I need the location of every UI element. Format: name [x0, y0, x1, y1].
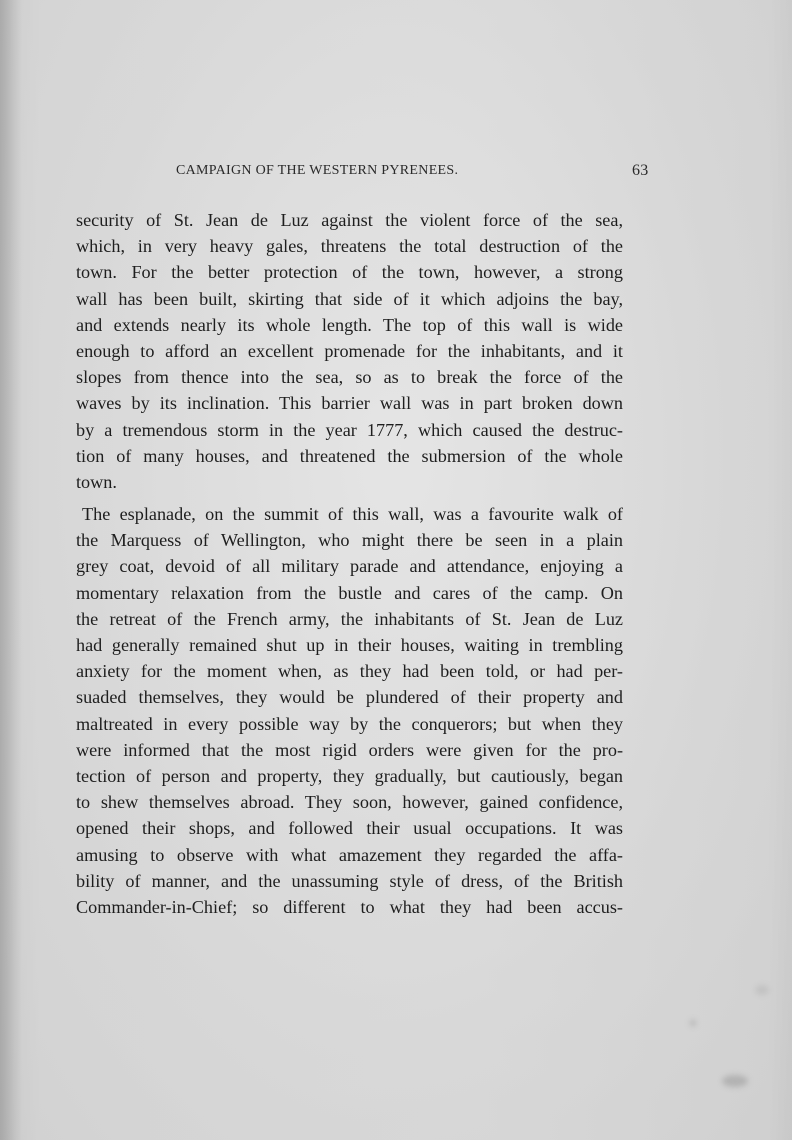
text-line: anxiety for the moment when, as they had… — [76, 658, 623, 684]
scanned-book-page: CAMPAIGN OF THE WESTERN PYRENEES. 63 sec… — [0, 0, 792, 1140]
text-line: the retreat of the French army, the inha… — [76, 606, 623, 632]
ink-smudge — [690, 1020, 696, 1026]
binding-gutter-shadow — [0, 0, 22, 1140]
text-line: town. For the better protection of the t… — [76, 259, 623, 285]
text-line: grey coat, devoid of all military parade… — [76, 553, 623, 579]
text-line: momentary relaxation from the bustle and… — [76, 580, 623, 606]
text-line: Commander-in-Chief; so different to what… — [76, 894, 623, 920]
text-line: amusing to observe with what amazement t… — [76, 842, 623, 868]
text-line: by a tremendous storm in the year 1777, … — [76, 417, 623, 443]
text-line: wall has been built, skirting that side … — [76, 286, 623, 312]
text-line: opened their shops, and followed their u… — [76, 815, 623, 841]
text-line: had generally remained shut up in their … — [76, 632, 623, 658]
text-line: which, in very heavy gales, threatens th… — [76, 233, 623, 259]
ink-smudge — [722, 1075, 748, 1087]
text-line: town. — [76, 469, 623, 495]
text-line: enough to afford an excellent promenade … — [76, 338, 623, 364]
text-line: The esplanade, on the summit of this wal… — [76, 501, 623, 527]
running-title: CAMPAIGN OF THE WESTERN PYRENEES. — [176, 163, 458, 179]
text-line: bility of manner, and the unassuming sty… — [76, 868, 623, 894]
text-line: tion of many houses, and threatened the … — [76, 443, 623, 469]
text-line: tection of person and property, they gra… — [76, 763, 623, 789]
text-line: maltreated in every possible way by the … — [76, 711, 623, 737]
page-number: 63 — [632, 162, 649, 180]
text-line: the Marquess of Wellington, who might th… — [76, 527, 623, 553]
ink-smudge — [755, 985, 769, 995]
text-line: security of St. Jean de Luz against the … — [76, 207, 623, 233]
page-header: CAMPAIGN OF THE WESTERN PYRENEES. 63 — [176, 163, 656, 183]
text-line: were informed that the most rigid orders… — [76, 737, 623, 763]
body-text: security of St. Jean de Luz against the … — [76, 207, 623, 920]
text-line: suaded themselves, they would be plunder… — [76, 684, 623, 710]
paragraph-2: The esplanade, on the summit of this wal… — [76, 501, 623, 920]
text-line: waves by its inclination. This barrier w… — [76, 390, 623, 416]
text-line: slopes from thence into the sea, so as t… — [76, 364, 623, 390]
paragraph-1: security of St. Jean de Luz against the … — [76, 207, 623, 495]
text-line: and extends nearly its whole length. The… — [76, 312, 623, 338]
text-line: to shew themselves abroad. They soon, ho… — [76, 789, 623, 815]
